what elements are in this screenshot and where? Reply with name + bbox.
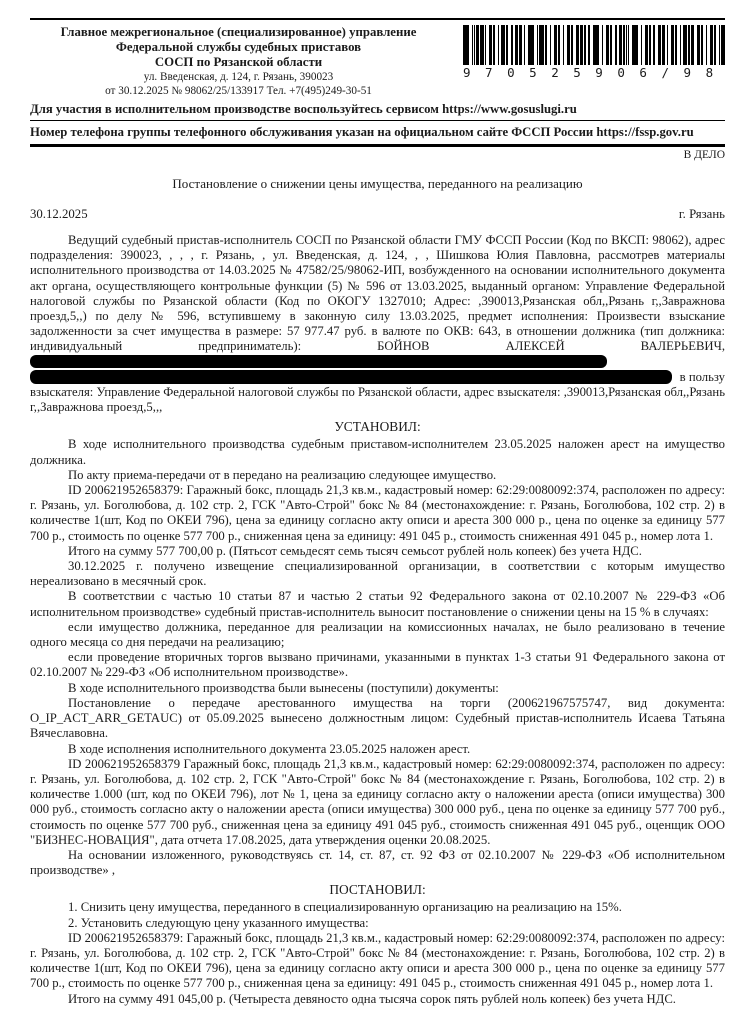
resolved-property-description: ID 200621952658379: Гаражный бокс, площа…	[30, 931, 725, 992]
preamble-inter-text: в пользу	[680, 370, 725, 385]
established-heading: УСТАНОВИЛ:	[30, 419, 725, 435]
established-p10: Постановление о передаче арестованного и…	[30, 696, 725, 742]
document-page: Главное межрегиональное (специализирован…	[0, 0, 755, 1017]
resolved-item-2: 2. Установить следующую цену указанного …	[30, 916, 725, 931]
established-p9: В ходе исполнительного производства были…	[30, 681, 725, 696]
redaction-bar	[30, 355, 607, 368]
document-reference: от 30.12.2025 № 98062/25/133917 Тел. +7(…	[30, 85, 447, 99]
established-p12: ID 200621952658379 Гаражный бокс, площад…	[30, 757, 725, 848]
established-p1: В ходе исполнительного производства суде…	[30, 437, 725, 467]
preamble-text: Ведущий судебный пристав-исполнитель СОС…	[30, 233, 725, 353]
case-stamp: В ДЕЛО	[30, 147, 725, 161]
phone-notice: Номер телефона группы телефонного обслуж…	[30, 121, 725, 143]
letterhead: Главное межрегиональное (специализирован…	[30, 25, 725, 98]
issuing-authority-block: Главное межрегиональное (специализирован…	[30, 25, 447, 98]
barcode-bars-icon	[463, 25, 725, 65]
preamble-continuation: взыскателя: Управление Федеральной налог…	[30, 385, 725, 415]
established-p3: ID 200621952658379: Гаражный бокс, площа…	[30, 483, 725, 544]
page-title: Постановление о снижении цены имущества,…	[30, 176, 725, 192]
established-p2: По акту приема-передачи от в передано на…	[30, 468, 725, 483]
redaction-bar	[30, 370, 672, 384]
preamble-paragraph: Ведущий судебный пристав-исполнитель СОС…	[30, 233, 725, 370]
established-p7: если имущество должника, переданное для …	[30, 620, 725, 650]
org-address: ул. Введенская, д. 124, г. Рязань, 39002…	[30, 71, 447, 85]
org-name: Главное межрегиональное (специализирован…	[30, 25, 447, 55]
top-rule	[30, 18, 725, 20]
barcode-digits: 9 7 0 5 2 5 9 0 6 / 9 8 6 2	[463, 65, 725, 80]
resolved-total: Итого на сумму 491 045,00 р. (Четыреста …	[30, 992, 725, 1007]
org-department: СОСП по Рязанской области	[30, 55, 447, 70]
gosuslugi-notice: Для участия в исполнительном производств…	[30, 98, 725, 120]
established-p4: Итого на сумму 577 700,00 р. (Пятьсот се…	[30, 544, 725, 559]
established-p11: В ходе исполнения исполнительного докуме…	[30, 742, 725, 757]
redacted-line: в пользу	[30, 370, 725, 385]
established-p5: 30.12.2025 г. получено извещение специал…	[30, 559, 725, 589]
established-p8: если проведение вторичных торгов вызвано…	[30, 650, 725, 680]
established-p13: На основании изложенного, руководствуясь…	[30, 848, 725, 878]
barcode: 9 7 0 5 2 5 9 0 6 / 9 8 6 2	[463, 25, 725, 80]
document-date: 30.12.2025	[30, 207, 88, 222]
resolved-item-1: 1. Снизить цену имущества, переданного в…	[30, 900, 725, 915]
resolved-heading: ПОСТАНОВИЛ:	[30, 882, 725, 898]
date-place-line: 30.12.2025 г. Рязань	[30, 207, 725, 222]
established-p6: В соответствии с частью 10 статьи 87 и ч…	[30, 589, 725, 619]
document-city: г. Рязань	[679, 207, 725, 222]
